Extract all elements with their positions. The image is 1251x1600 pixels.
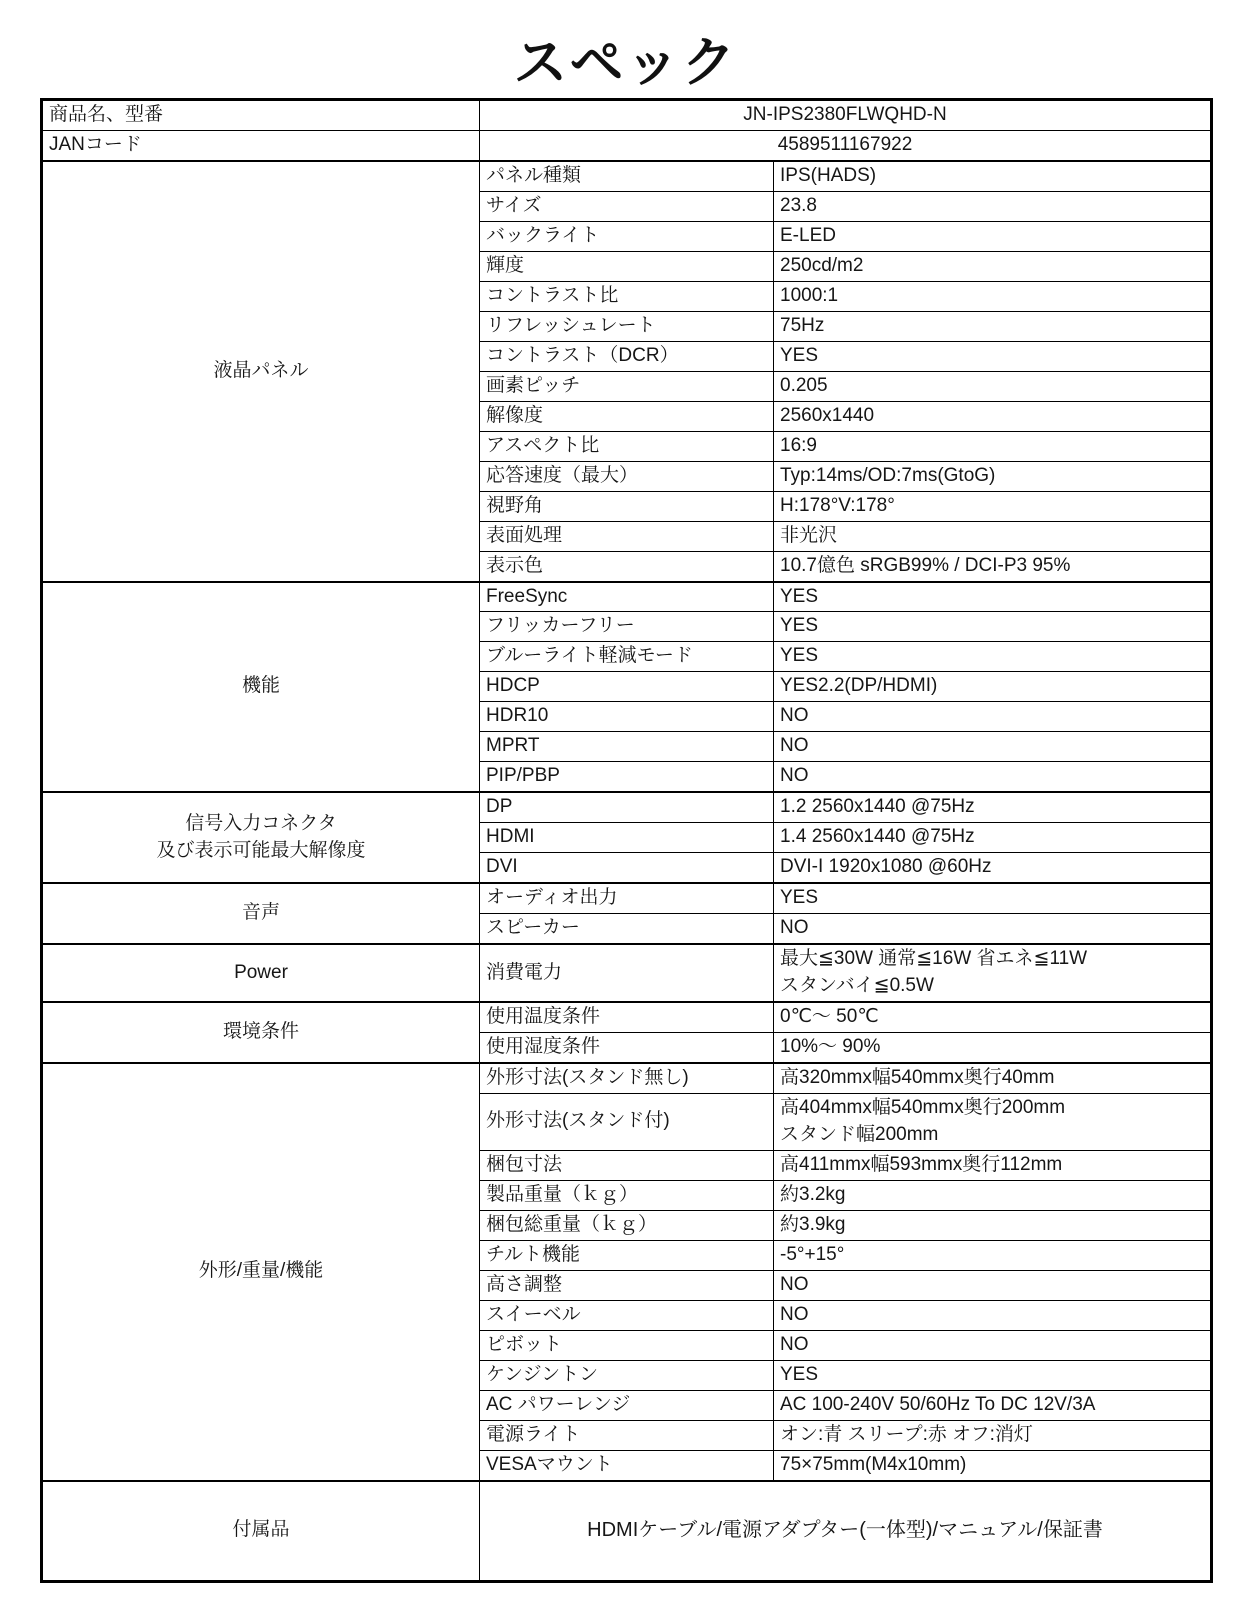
spec-value: 高320mmx幅540mmx奥行40mm	[774, 1063, 1212, 1093]
spec-value: 250cd/m2	[774, 251, 1212, 281]
spec-value: JN-IPS2380FLWQHD-N	[480, 100, 1212, 131]
spec-label: フリッカーフリー	[480, 612, 774, 642]
spec-label: ピボット	[480, 1330, 774, 1360]
section-label: 音声	[42, 883, 480, 944]
spec-value: 約3.9kg	[774, 1210, 1212, 1240]
section-label: 機能	[42, 582, 480, 793]
spec-value: YES	[774, 582, 1212, 612]
spec-value: 0.205	[774, 371, 1212, 401]
spec-value: 約3.2kg	[774, 1180, 1212, 1210]
spec-value: 1000:1	[774, 281, 1212, 311]
spec-label: 高さ調整	[480, 1270, 774, 1300]
spec-label: 表示色	[480, 551, 774, 581]
spec-label: ケンジントン	[480, 1360, 774, 1390]
spec-value: オン:青 スリープ:赤 オフ:消灯	[774, 1420, 1212, 1450]
spec-value: 高411mmx幅593mmx奥行112mm	[774, 1150, 1212, 1180]
spec-label: スイーベル	[480, 1300, 774, 1330]
spec-value: HDMIケーブル/電源アダプター(一体型)/マニュアル/保証書	[480, 1481, 1212, 1582]
spec-value: NO	[774, 1270, 1212, 1300]
spec-label: HDMI	[480, 823, 774, 853]
spec-label: ブルーライト軽減モード	[480, 642, 774, 672]
table-row: JANコード 4589511167922	[42, 130, 1212, 160]
spec-value: 最大≦30W 通常≦16W 省エネ≦11W スタンバイ≦0.5W	[774, 944, 1212, 1002]
spec-label: コントラスト比	[480, 281, 774, 311]
spec-value: 75Hz	[774, 311, 1212, 341]
spec-value: IPS(HADS)	[774, 161, 1212, 191]
spec-value: Typ:14ms/OD:7ms(GtoG)	[774, 461, 1212, 491]
spec-label: 使用湿度条件	[480, 1033, 774, 1063]
spec-label: コントラスト（DCR）	[480, 341, 774, 371]
spec-label: JANコード	[42, 130, 480, 160]
spec-value: NO	[774, 762, 1212, 792]
spec-value: 高404mmx幅540mmx奥行200mm スタンド幅200mm	[774, 1093, 1212, 1150]
spec-label: パネル種類	[480, 161, 774, 191]
spec-label: スピーカー	[480, 914, 774, 944]
spec-value: 0℃～ 50℃	[774, 1002, 1212, 1032]
spec-value: 10%～ 90%	[774, 1033, 1212, 1063]
spec-label: 画素ピッチ	[480, 371, 774, 401]
spec-value: YES	[774, 642, 1212, 672]
spec-label: HDR10	[480, 702, 774, 732]
spec-value: NO	[774, 914, 1212, 944]
section-label: 液晶パネル	[42, 161, 480, 582]
spec-value: NO	[774, 732, 1212, 762]
spec-label: 解像度	[480, 401, 774, 431]
spec-value: 4589511167922	[480, 130, 1212, 160]
spec-value: DVI-I 1920x1080 @60Hz	[774, 853, 1212, 883]
section-label: 信号入力コネクタ 及び表示可能最大解像度	[42, 792, 480, 883]
spec-label: バックライト	[480, 221, 774, 251]
table-row: Power 消費電力 最大≦30W 通常≦16W 省エネ≦11W スタンバイ≦0…	[42, 944, 1212, 1002]
spec-value: 75×75mm(M4x10mm)	[774, 1450, 1212, 1480]
spec-label: 梱包総重量（ｋｇ）	[480, 1210, 774, 1240]
spec-label: 視野角	[480, 491, 774, 521]
spec-value: -5°+15°	[774, 1240, 1212, 1270]
spec-value: 16:9	[774, 431, 1212, 461]
spec-value: 23.8	[774, 191, 1212, 221]
table-row: 音声 オーディオ出力 YES	[42, 883, 1212, 913]
spec-value: YES	[774, 883, 1212, 913]
spec-label: MPRT	[480, 732, 774, 762]
section-label: 環境条件	[42, 1002, 480, 1063]
spec-label: 製品重量（ｋｇ）	[480, 1180, 774, 1210]
spec-value: YES	[774, 341, 1212, 371]
spec-label: PIP/PBP	[480, 762, 774, 792]
table-row: 商品名、型番 JN-IPS2380FLWQHD-N	[42, 100, 1212, 131]
spec-label: 商品名、型番	[42, 100, 480, 131]
section-label: 付属品	[42, 1481, 480, 1582]
spec-label: DP	[480, 792, 774, 822]
spec-value: 1.4 2560x1440 @75Hz	[774, 823, 1212, 853]
section-label: 外形/重量/機能	[42, 1063, 480, 1481]
spec-label: サイズ	[480, 191, 774, 221]
spec-label: VESAマウント	[480, 1450, 774, 1480]
spec-label: 消費電力	[480, 944, 774, 1002]
spec-label: 外形寸法(スタンド無し)	[480, 1063, 774, 1093]
spec-label: 輝度	[480, 251, 774, 281]
spec-label: リフレッシュレート	[480, 311, 774, 341]
spec-value: YES	[774, 1360, 1212, 1390]
spec-value: E-LED	[774, 221, 1212, 251]
spec-value: NO	[774, 1300, 1212, 1330]
spec-value: AC 100-240V 50/60Hz To DC 12V/3A	[774, 1390, 1212, 1420]
spec-value: YES2.2(DP/HDMI)	[774, 672, 1212, 702]
spec-label: 電源ライト	[480, 1420, 774, 1450]
spec-value: 10.7億色 sRGB99% / DCI-P3 95%	[774, 551, 1212, 581]
spec-label: HDCP	[480, 672, 774, 702]
spec-value: 2560x1440	[774, 401, 1212, 431]
table-row: 信号入力コネクタ 及び表示可能最大解像度 DP 1.2 2560x1440 @7…	[42, 792, 1212, 822]
spec-label: 梱包寸法	[480, 1150, 774, 1180]
table-row: 環境条件 使用温度条件 0℃～ 50℃	[42, 1002, 1212, 1032]
table-row: 外形/重量/機能 外形寸法(スタンド無し) 高320mmx幅540mmx奥行40…	[42, 1063, 1212, 1093]
spec-value: NO	[774, 702, 1212, 732]
spec-label: 外形寸法(スタンド付)	[480, 1093, 774, 1150]
spec-value: NO	[774, 1330, 1212, 1360]
page-title: スペック	[0, 0, 1251, 92]
spec-label: DVI	[480, 853, 774, 883]
table-row: 付属品 HDMIケーブル/電源アダプター(一体型)/マニュアル/保証書	[42, 1481, 1212, 1582]
spec-label: 表面処理	[480, 521, 774, 551]
spec-value: 非光沢	[774, 521, 1212, 551]
spec-label: AC パワーレンジ	[480, 1390, 774, 1420]
spec-value: YES	[774, 612, 1212, 642]
spec-label: アスペクト比	[480, 431, 774, 461]
section-label: Power	[42, 944, 480, 1002]
spec-label: 応答速度（最大）	[480, 461, 774, 491]
spec-label: 使用温度条件	[480, 1002, 774, 1032]
spec-value: H:178°V:178°	[774, 491, 1212, 521]
table-row: 液晶パネル パネル種類 IPS(HADS)	[42, 161, 1212, 191]
spec-value: 1.2 2560x1440 @75Hz	[774, 792, 1212, 822]
spec-label: チルト機能	[480, 1240, 774, 1270]
table-row: 機能 FreeSync YES	[42, 582, 1212, 612]
spec-label: FreeSync	[480, 582, 774, 612]
spec-label: オーディオ出力	[480, 883, 774, 913]
spec-table: 商品名、型番 JN-IPS2380FLWQHD-N JANコード 4589511…	[40, 98, 1213, 1583]
